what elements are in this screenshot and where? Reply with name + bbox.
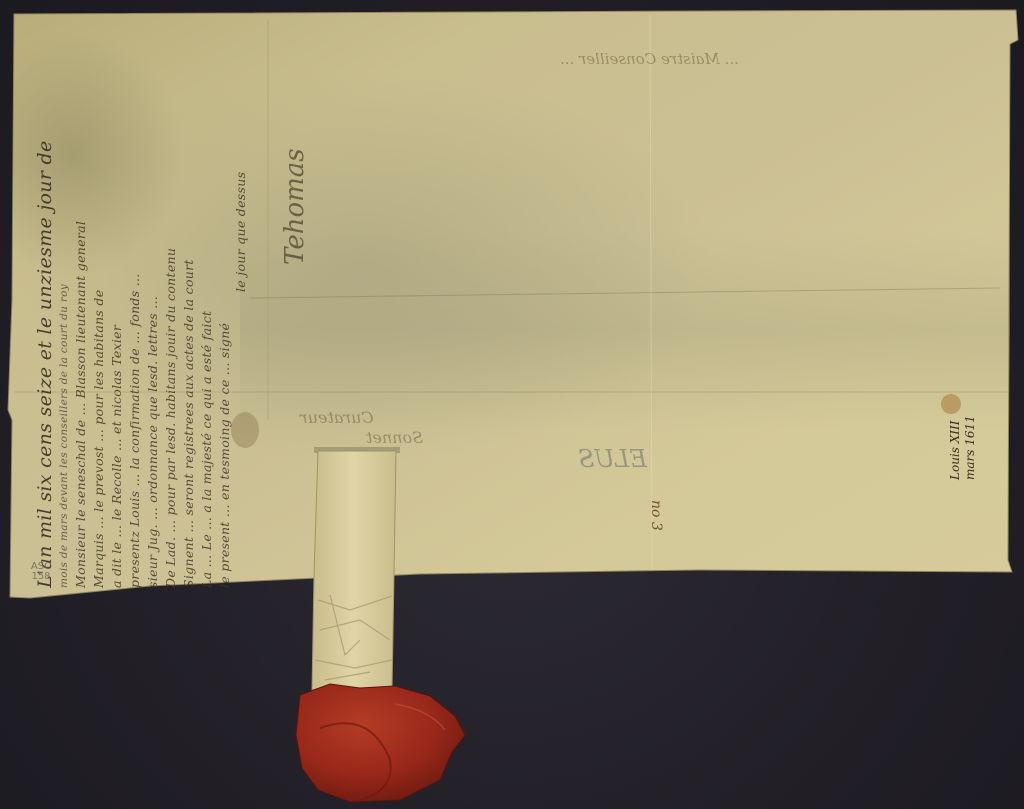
handwritten-line: Marquis ... le prevost ... pour les habi… bbox=[91, 290, 106, 588]
handwritten-line: presentz Louis ... la confirmation de ..… bbox=[127, 273, 142, 588]
handwritten-line: le jour que dessus bbox=[233, 172, 248, 292]
margin-note: Louis XIII mars 1611 bbox=[948, 415, 978, 480]
handwritten-line: mois de mars devant les conseillers de l… bbox=[58, 284, 70, 588]
margin-note-line: mars 1611 bbox=[963, 415, 978, 480]
show-through-text-curateur: Curateur bbox=[300, 408, 374, 427]
handwritten-line: Signent ... seront registrees aux actes … bbox=[181, 259, 196, 588]
handwritten-line: La ... Le ... a la majesté ce qui a esté… bbox=[199, 311, 214, 588]
handwritten-line: L'an mil six cens seize et le unziesme j… bbox=[34, 140, 56, 588]
show-through-text-sonnet: Sonnet bbox=[366, 428, 423, 447]
archive-code: ASC 158 bbox=[26, 562, 56, 582]
handwritten-line: a dit le ... le Recolle ... et nicolas T… bbox=[109, 325, 124, 588]
show-through-text-top: ... Maistre Conseiller ... bbox=[560, 50, 739, 68]
handwritten-text-block: L'an mil six cens seize et le unziesme j… bbox=[20, 22, 252, 592]
seal-tag bbox=[312, 451, 396, 690]
handwritten-line: le present ... en tesmoing de ce ... sig… bbox=[217, 323, 232, 588]
archive-code-line: 158 bbox=[26, 572, 56, 582]
pencil-mark: ELUS bbox=[578, 445, 647, 473]
handwritten-line: De Lad. ... pour par lesd. habitans joui… bbox=[163, 248, 178, 588]
signature: Tehomas bbox=[262, 40, 332, 280]
handwritten-line: sieur Jug. ... ordonnance que lesd. lett… bbox=[145, 296, 160, 588]
ink-mark: no 3 bbox=[648, 500, 664, 531]
signature-text: Tehomas bbox=[280, 148, 310, 265]
margin-note-line: Louis XIII bbox=[948, 415, 963, 480]
handwritten-line: Monsieur le seneschal de ... Blasson lie… bbox=[73, 221, 88, 588]
document-photograph: L'an mil six cens seize et le unziesme j… bbox=[0, 0, 1024, 809]
